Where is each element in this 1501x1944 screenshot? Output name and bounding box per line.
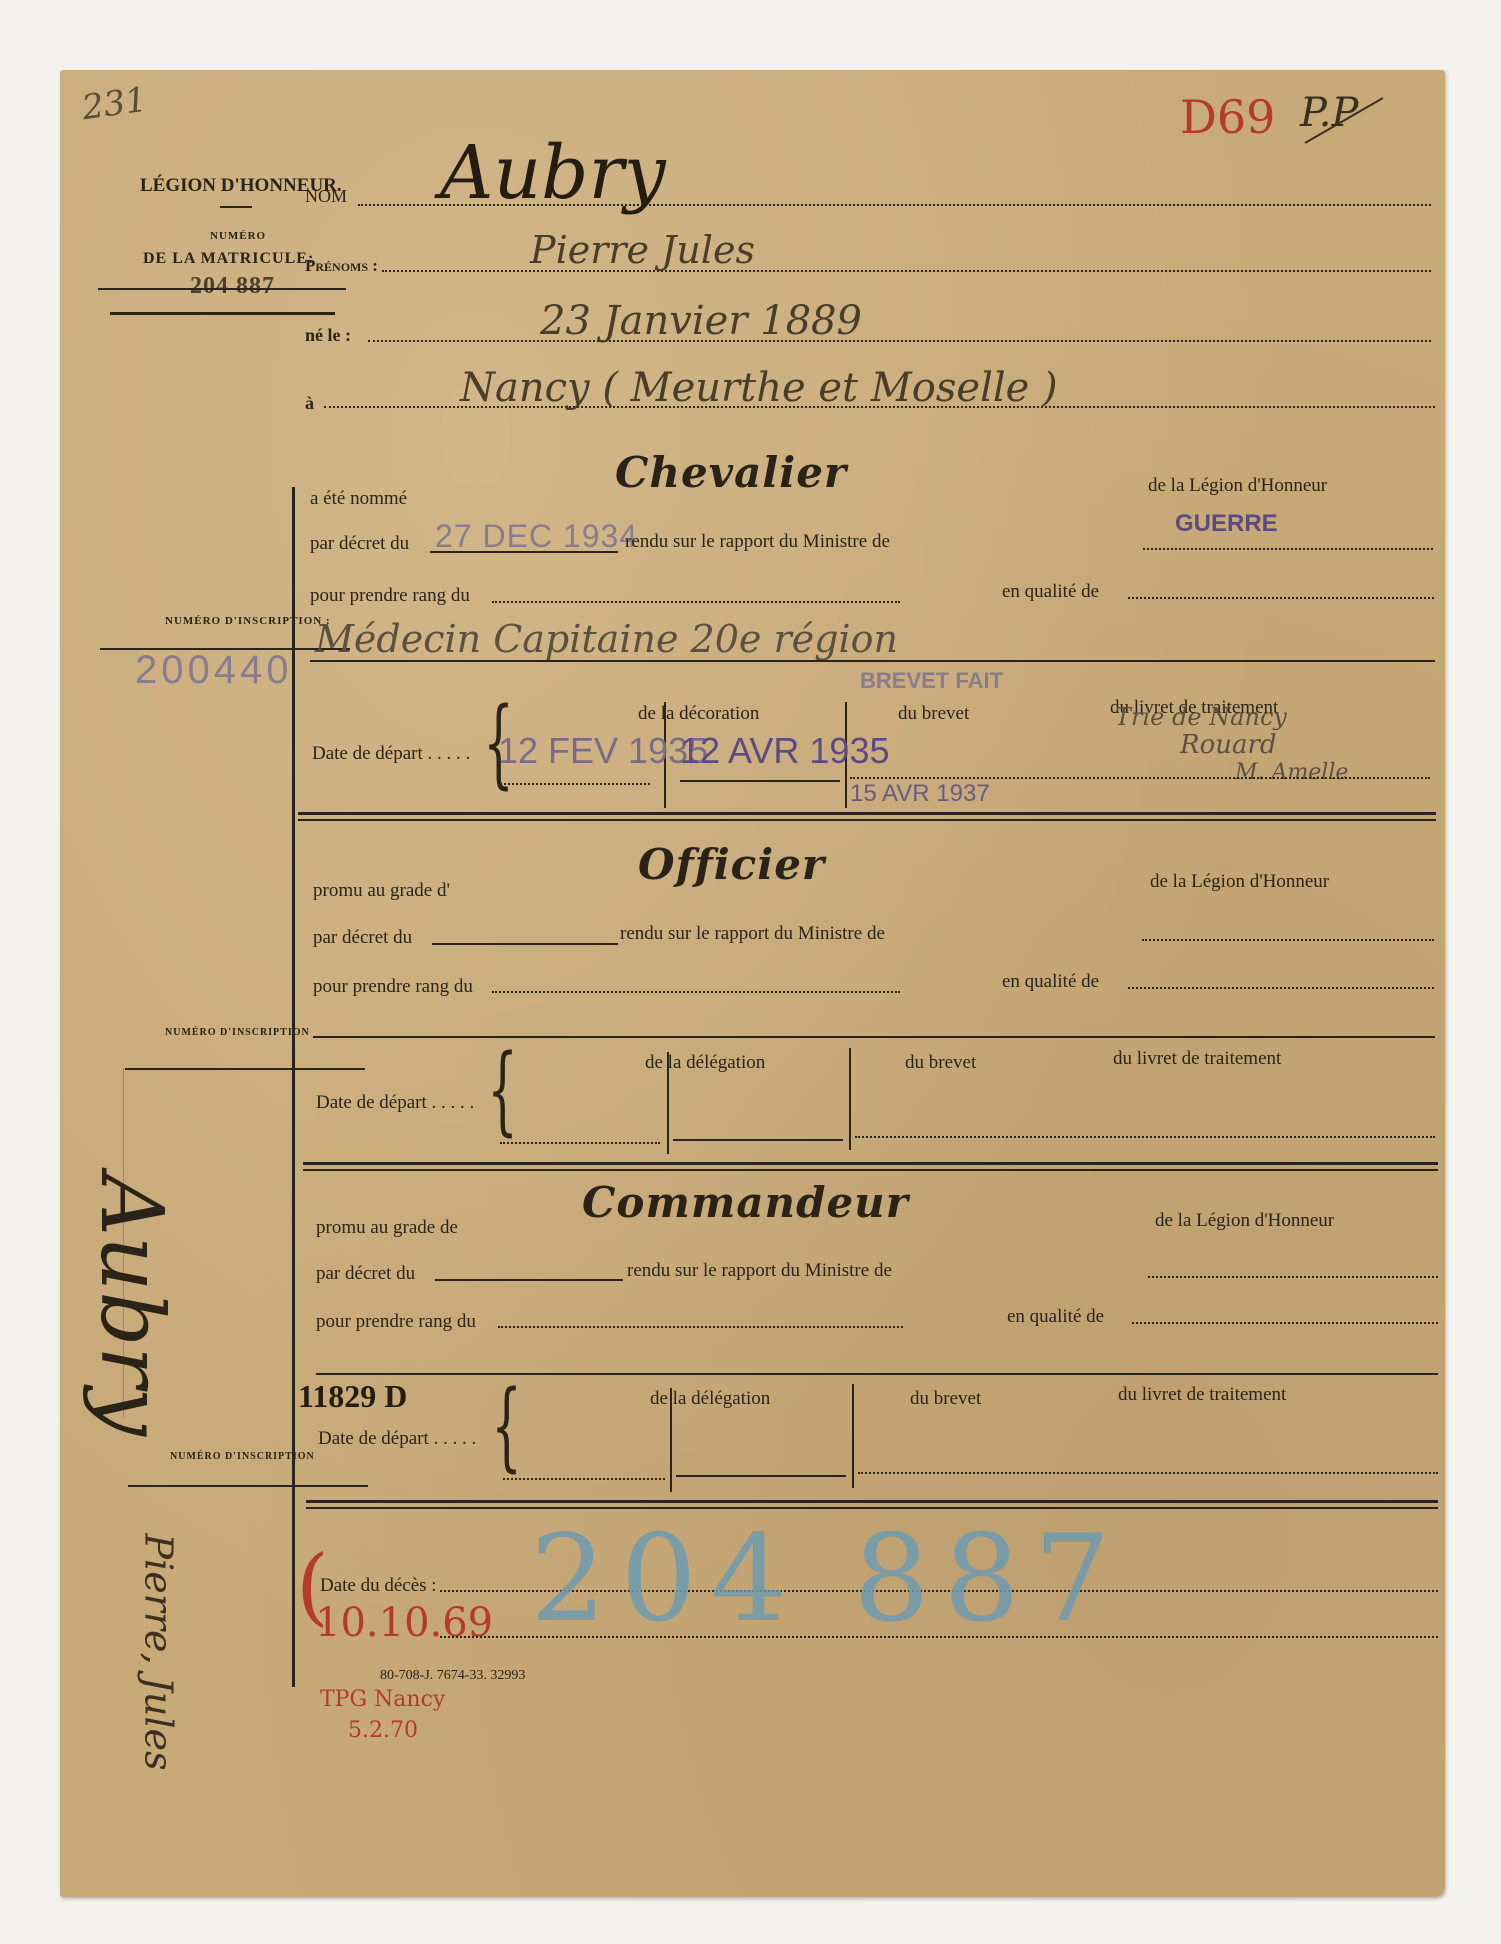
commandeur-decret-line [435,1279,623,1281]
commandeur-grade: Commandeur [582,1178,909,1227]
chevalier-suffix: de la Légion d'Honneur [1148,475,1327,497]
commandeur-livret-line [858,1472,1438,1474]
a-label: à [305,393,314,414]
officier-qualite-rule [313,1036,1435,1038]
officier-livret-line [855,1136,1435,1138]
folio-number: 231 [80,80,150,129]
chevalier-rang-label: pour prendre rang du [310,585,470,607]
officier-brace: { [487,1042,518,1138]
chevalier-grade: Chevalier [615,448,847,497]
commandeur-col-livret: du livret de traitement [1118,1384,1286,1406]
red-code: D69 [1180,90,1275,144]
chevalier-ministre-line [1143,548,1433,550]
officier-col-delegation: de la délégation [645,1052,765,1074]
officier-brevet-line [673,1139,843,1141]
prenoms-value[interactable]: Pierre Jules [530,228,755,272]
officier-qualite-line [1128,987,1434,989]
chevalier-date-depart-label: Date de départ . . . . . [312,743,470,765]
chevalier-qualite-value[interactable]: Médecin Capitaine 20e région [315,617,898,661]
inscription-label-1: NUMÉRO D'INSCRIPTION : [165,615,331,627]
ne-le-value[interactable]: 23 Janvier 1889 [540,298,862,344]
nom-label: NOM [305,186,347,207]
nom-value[interactable]: Aubry [440,130,666,216]
blue-matricule: 204 887 [530,1510,1124,1649]
officier-rang-label: pour prendre rang du [313,976,473,998]
chevalier-rang-line [492,601,900,603]
chevalier-decoration-line [500,783,650,785]
commandeur-decret-label: par décret du [316,1263,415,1285]
chevalier-qualite-rule [310,660,1435,662]
commandeur-ministre-line [1148,1276,1438,1278]
officier-grade: Officier [638,840,825,889]
chevalier-brevet-value[interactable]: 12 AVR 1935 [680,730,890,772]
commandeur-intro: promu au grade de [316,1217,458,1239]
main-vertical-rule [292,487,295,1687]
livret-note-1: Trie de Nancy [1115,703,1287,731]
inscription-rule-2 [125,1068,365,1070]
matricule-label-2: DE LA MATRICULE: [143,250,314,268]
prenoms-label: Prénoms : [305,256,378,276]
officier-rapport-label: rendu sur le rapport du Ministre de [620,923,885,945]
officier-qualite-label: en qualité de [1002,971,1099,993]
deces-value[interactable]: 10.10.69 [315,1600,493,1646]
commandeur-col-sep-2 [852,1384,854,1488]
ne-le-label: né le : [305,325,351,346]
commandeur-qualite-line [1132,1322,1438,1324]
officier-col-livret: du livret de traitement [1113,1048,1281,1070]
inscription-value-1: 200440 [135,648,292,693]
chevalier-decret-label: par décret du [310,533,409,555]
commandeur-qualite-label: en qualité de [1007,1306,1104,1328]
officier-section-end [303,1162,1438,1171]
chevalier-ministre-value[interactable]: GUERRE [1175,510,1278,538]
tpg-note-2: 5.2.70 [348,1718,418,1743]
chevalier-qualite-label: en qualité de [1002,581,1099,603]
chevalier-livret-line [850,777,1430,779]
commandeur-qualite-rule [316,1373,1438,1375]
deces-label: Date du décès : [320,1575,437,1597]
officier-col-sep-1 [667,1052,669,1154]
matricule-value: 204 887 [190,273,275,300]
chevalier-section-end [298,812,1436,821]
a-value[interactable]: Nancy ( Meurthe et Moselle ) [460,365,1058,411]
chevalier-rapport-label: rendu sur le rapport du Ministre de [625,531,890,553]
commandeur-stamp-number: 11829 D [298,1378,407,1415]
officier-ministre-line [1142,939,1434,941]
commandeur-rapport-label: rendu sur le rapport du Ministre de [627,1260,892,1282]
officier-decret-line [432,943,618,945]
commandeur-delegation-line [503,1478,665,1480]
commandeur-brevet-line [676,1475,846,1477]
vertical-prenoms: Pierre, Jules [137,1533,181,1770]
inscription-rule-3 [128,1485,368,1487]
title-rule [220,206,252,208]
vertical-name: Aubry [81,1174,181,1436]
commandeur-section-end [306,1500,1438,1509]
chevalier-decret-value[interactable]: 27 DEC 1934 [435,518,638,555]
officier-col-brevet: du brevet [905,1052,976,1074]
commandeur-col-sep-1 [670,1388,672,1492]
commandeur-suffix: de la Légion d'Honneur [1155,1210,1334,1232]
commandeur-col-brevet: du brevet [910,1388,981,1410]
officier-decret-label: par décret du [313,927,412,949]
officier-delegation-line [500,1142,660,1144]
officier-intro: promu au grade d' [313,880,450,902]
chevalier-intro: a été nommé [310,488,407,510]
matricule-label-1: NUMÉRO [210,230,266,242]
chevalier-col-decoration: de la décoration [638,703,759,725]
officier-rang-line [492,991,900,993]
officier-col-sep-2 [849,1048,851,1150]
brevet-fait-stamp: BREVET FAIT [860,668,1003,694]
commandeur-date-depart-label: Date de départ . . . . . [318,1428,476,1450]
officier-date-depart-label: Date de départ . . . . . [316,1092,474,1114]
livret-note-2: Rouard [1180,730,1277,760]
chevalier-col-brevet: du brevet [898,703,969,725]
matricule-rule [110,312,335,315]
chevalier-decoration-value[interactable]: 12 FEV 1935 [498,730,708,772]
chevalier-brevet-line [680,780,840,782]
record-card: 231 LÉGION D'HONNEUR. NUMÉRO DE LA MATRI… [60,70,1445,1897]
ne-le-line [368,340,1431,342]
tpg-note-1: TPG Nancy [320,1687,445,1712]
commandeur-col-delegation: de la délégation [650,1388,770,1410]
officier-suffix: de la Légion d'Honneur [1150,871,1329,893]
chevalier-qualite-line [1128,597,1434,599]
matricule-strike [98,288,346,290]
print-reference: 80-708-J. 7674-33. 32993 [380,1668,525,1684]
livret-note-3: M. Amelle [1235,760,1348,785]
commandeur-rang-line [498,1326,903,1328]
inscription-label-2: NUMÉRO D'INSCRIPTION [165,1027,310,1038]
commandeur-brace: { [491,1378,522,1474]
chevalier-livret-value[interactable]: 15 AVR 1937 [850,780,990,808]
commandeur-rang-label: pour prendre rang du [316,1311,476,1333]
